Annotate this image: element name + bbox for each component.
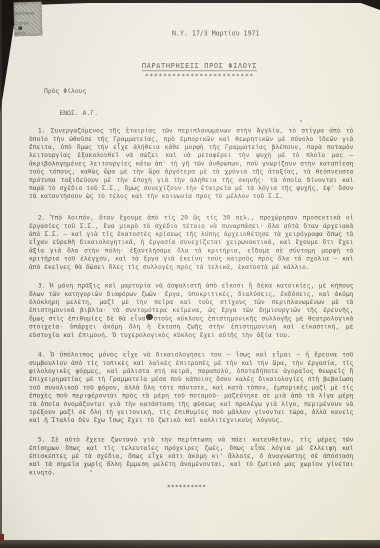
letter-title: ΠΑΡΑΤΗΡΗΣΕΙΣ ΠΡΟΣ ΦΙΛΟΥΣ bbox=[142, 62, 257, 71]
recipient-line-1: Πρὸς Φίλους bbox=[44, 88, 86, 95]
scan-mark-bottom-left bbox=[0, 534, 4, 541]
recipient-line-2: ΕΝΩΣ. Α.Γ. bbox=[59, 110, 98, 117]
stamp-text-line: ΑΡΧΕΙΟ bbox=[14, 32, 41, 36]
letter-title-block: ΠΑΡΑΤΗΡΗΣΕΙΣ ΠΡΟΣ ΦΙΛΟΥΣ ***************… bbox=[108, 59, 291, 82]
recipient-block: Πρὸς Φίλους ΕΝΩΣ. Α.Γ. bbox=[44, 86, 98, 130]
paragraph-3: 3. Ἡ μόνη πρᾶξις καὶ μαρτυρία νὰ ἀσφαλισ… bbox=[29, 282, 353, 350]
scanned-letter-page: Ε.Λ.Ι.Α. ΛΟΓΟΤΕΧΝΙΚΟ ΙΣΤΟΡΙΚΟ ΑΡΧΕΙΟ Ν.Υ… bbox=[0, 0, 380, 548]
scan-edge-bottom bbox=[0, 540, 380, 548]
paragraph-5: 5. Σὲ αὐτὸ ἔχετε ζωντανὸ γιὰ τὴν περίπτω… bbox=[29, 436, 353, 479]
scan-edge-left bbox=[0, 0, 2, 548]
date-line: Ν.Υ. 17/3 Μαρτίου 1971 bbox=[172, 30, 259, 37]
letter-title-rule: ************************ bbox=[142, 73, 257, 80]
closing-rule: ********** bbox=[167, 484, 206, 491]
paragraph-4: 4. Ὁ ὑπόλοιπος μόνος εἶχε νὰ δικαιολογήσ… bbox=[29, 351, 353, 435]
stamp-text-line: ΙΣΤΟΡΙΚΟ bbox=[14, 22, 41, 26]
paragraph-2: 2. Ὑπὸ λοιπόν, ὅταν ἔχουμε ἀπὸ τίς 20 ὣς… bbox=[29, 214, 353, 282]
archive-stamp: Ε.Λ.Ι.Α. ΛΟΓΟΤΕΧΝΙΚΟ ΙΣΤΟΡΙΚΟ ΑΡΧΕΙΟ bbox=[14, 2, 43, 37]
paragraph-1: 1. Συνεργαζόμενος τῆς ἑταιρίας τῶν περιπ… bbox=[29, 127, 353, 211]
paper-speck bbox=[300, 120, 302, 122]
stamp-text-line: ΛΟΓΟΤΕΧΝΙΚΟ bbox=[14, 12, 41, 16]
stamp-text-line: Ε.Λ.Ι.Α. bbox=[14, 2, 41, 6]
